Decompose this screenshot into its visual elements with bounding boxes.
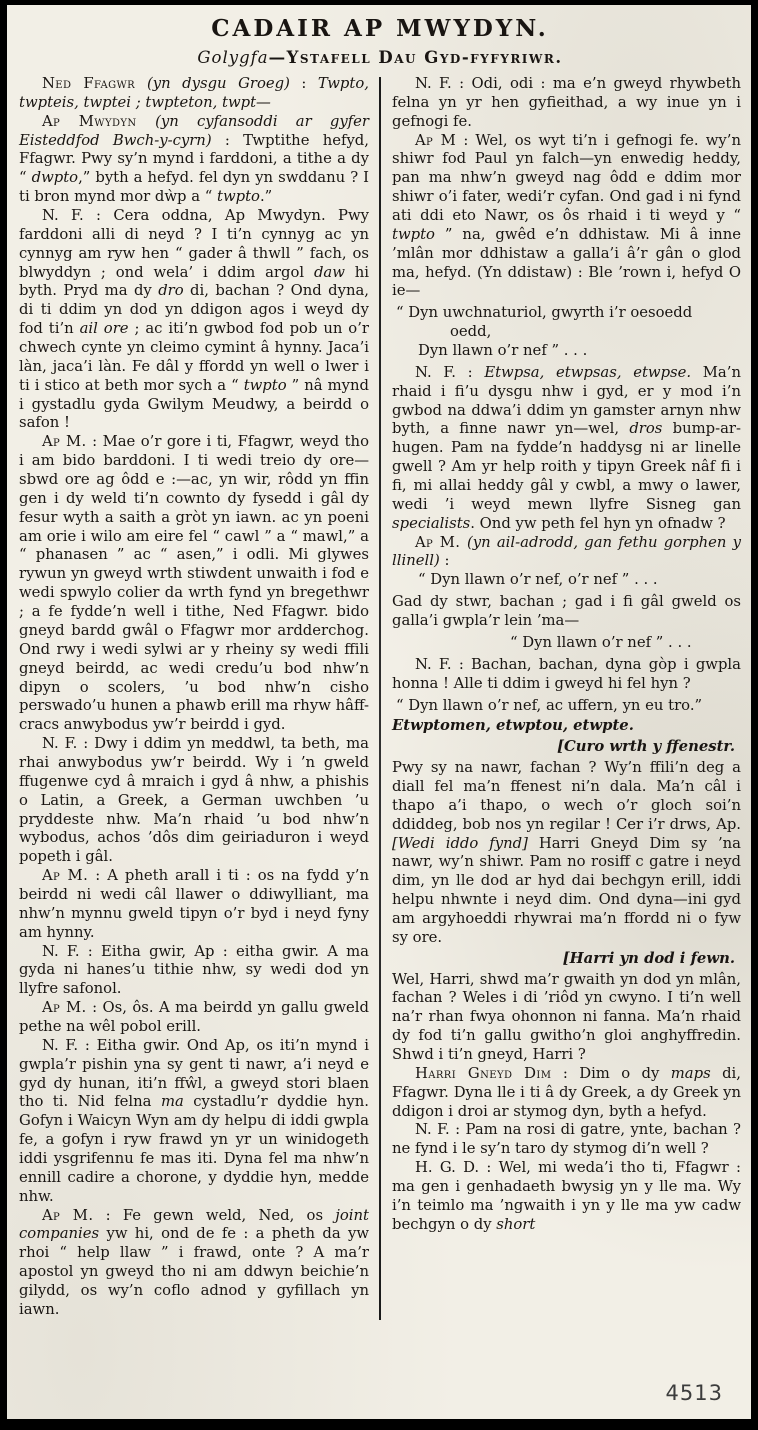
paragraph: Dyn llawn o’r nef ” . . . <box>418 342 741 361</box>
text-segment: N. F. : Dwy i ddim yn meddwl, ta beth, m… <box>19 735 369 865</box>
masthead: CADAIR AP MWYDYN. Golygfa—Ystafell Dau G… <box>19 15 741 67</box>
left-column: Ned Ffagwr (yn dysgu Groeg) : Twpto, twp… <box>19 75 379 1320</box>
text-segment: (yn dysgu Groeg) <box>147 75 290 92</box>
text-segment: H. G. D. : Wel, mi weda’i tho ti, Ffagwr… <box>392 1159 741 1233</box>
text-segment: Ap M. <box>415 534 467 551</box>
text-segment: : Dim o dy <box>551 1065 670 1082</box>
text-segment: Etwpsa, etwpsas, etwpse. <box>484 364 691 381</box>
paragraph: N. F. : Odi, odi : ma e’n gweyd rhywbeth… <box>392 75 741 132</box>
paper: CADAIR AP MWYDYN. Golygfa—Ystafell Dau G… <box>7 5 751 1419</box>
text-segment: “ Dyn llawn o’r nef, o’r nef ” . . . <box>418 571 658 588</box>
paragraph: Ned Ffagwr (yn dysgu Groeg) : Twpto, twp… <box>19 75 369 113</box>
paragraph: Pwy sy na nawr, fachan ? Wy’n ffili’n de… <box>392 759 741 948</box>
paragraph: Ap M. : Fe gewn weld, Ned, os joint comp… <box>19 1207 369 1320</box>
paragraph: “ Dyn llawn o’r nef, ac uffern, yn eu tr… <box>396 697 741 716</box>
page-title: CADAIR AP MWYDYN. <box>19 15 741 42</box>
text-segment: dros <box>629 420 662 437</box>
text-segment: Gad dy stwr, bachan ; gad i fi gâl gweld… <box>392 593 741 629</box>
paragraph: Ap M : Wel, os wyt ti’n i gefnogi fe. wy… <box>392 132 741 302</box>
text-segment: Wel, Harri, shwd ma’r gwaith yn dod yn m… <box>392 971 741 1063</box>
text-segment: short <box>496 1216 535 1233</box>
text-segment: [Curo wrth y ffenestr. <box>557 738 735 755</box>
paragraph: N. F. : Eitha gwir, Ap : eitha gwir. A m… <box>19 943 369 1000</box>
paragraph: “ Dyn llawn o’r nef ” . . . <box>510 634 741 653</box>
text-segment: Harri Gneyd Dim <box>415 1065 551 1082</box>
text-segment: dro <box>158 282 183 299</box>
paragraph: Wel, Harri, shwd ma’r gwaith yn dod yn m… <box>392 971 741 1065</box>
text-segment: twpto <box>244 377 287 394</box>
paragraph: N. F. : Bachan, bachan, dyna gòp i gwpla… <box>392 656 741 694</box>
text-segment: N. F. : Pam na rosi di gatre, ynte, bach… <box>392 1121 741 1157</box>
text-segment: Ned Ffagwr <box>42 75 147 92</box>
text-segment: oedd, <box>450 323 491 340</box>
paragraph: Ap Mwydyn (yn cyfansoddi ar gyfer Eisted… <box>19 113 369 207</box>
text-segment: Etwptomen, etwptou, etwpte. <box>392 717 634 734</box>
text-segment: [Harri yn dod i fewn. <box>563 950 735 967</box>
text-segment: ail ore <box>80 320 129 337</box>
page-subtitle: Golygfa—Ystafell Dau Gyd-fyfyriwr. <box>19 48 741 67</box>
text-segment: Ap M. <box>42 433 87 450</box>
text-segment: N. F. : Odi, odi : ma e’n gweyd rhywbeth… <box>392 75 741 130</box>
paragraph: N. F. : Pam na rosi di gatre, ynte, bach… <box>392 1121 741 1159</box>
text-segment: .” <box>260 188 272 205</box>
text-segment: . Ond yw peth fel hyn yn ofnadw ? <box>470 515 725 532</box>
text-segment: maps <box>671 1065 711 1082</box>
text-segment: Ap Mwydyn <box>42 113 155 130</box>
subtitle-scene-word: Golygfa <box>197 48 268 67</box>
text-segment: : <box>440 552 450 569</box>
paragraph: [Harri yn dod i fewn. <box>392 950 735 969</box>
paragraph: Gad dy stwr, bachan ; gad i fi gâl gweld… <box>392 593 741 631</box>
text-segment: daw <box>314 264 345 281</box>
paragraph: N. F. : Eitha gwir. Ond Ap, os iti’n myn… <box>19 1037 369 1207</box>
text-segment: “ Dyn llawn o’r nef ” . . . <box>510 634 692 651</box>
text-segment: dwpto <box>32 169 78 186</box>
text-segment: ma <box>161 1093 184 1110</box>
scanned-page: CADAIR AP MWYDYN. Golygfa—Ystafell Dau G… <box>0 0 758 1430</box>
text-segment: [Wedi iddo fynd] <box>392 835 528 852</box>
text-segment: : <box>290 75 318 92</box>
columns: Ned Ffagwr (yn dysgu Groeg) : Twpto, twp… <box>19 75 741 1320</box>
paragraph: Ap M. : A pheth arall i ti : os na fydd … <box>19 867 369 942</box>
text-segment: Dyn llawn o’r nef ” . . . <box>418 342 587 359</box>
text-segment: Ap M. <box>42 999 87 1016</box>
text-segment: N. F. : <box>415 364 484 381</box>
text-segment: Ap M <box>415 132 456 149</box>
text-segment: “ Dyn uwchnaturiol, gwyrth i’r oesoedd <box>396 304 692 321</box>
text-segment: : Mae o’r gore i ti, Ffagwr, weyd tho i … <box>19 433 369 733</box>
text-segment: : Fe gewn weld, Ned, os <box>93 1207 335 1224</box>
subtitle-scene-name: —Ystafell Dau Gyd-fyfyriwr. <box>269 48 563 67</box>
text-segment: ” na, gwêd e’n ddhistaw. Mi â inne ’mlân… <box>392 226 741 300</box>
paragraph: N. F. : Dwy i ddim yn meddwl, ta beth, m… <box>19 735 369 867</box>
text-segment: Ap M. <box>42 1207 93 1224</box>
paragraph: oedd, <box>450 323 741 342</box>
paragraph: “ Dyn llawn o’r nef, o’r nef ” . . . <box>418 571 741 590</box>
text-segment: specialists <box>392 515 470 532</box>
paragraph: N. F. : Etwpsa, etwpsas, etwpse. Ma’n rh… <box>392 364 741 534</box>
paragraph: N. F. : Cera oddna, Ap Mwydyn. Pwy fardd… <box>19 207 369 433</box>
text-segment: “ Dyn llawn o’r nef, ac uffern, yn eu tr… <box>396 697 702 714</box>
right-column: N. F. : Odi, odi : ma e’n gweyd rhywbeth… <box>381 75 741 1320</box>
paragraph: [Curo wrth y ffenestr. <box>392 738 735 757</box>
paragraph: Ap M. (yn ail-adrodd, gan fethu gorphen … <box>392 534 741 572</box>
paragraph: Harri Gneyd Dim : Dim o dy maps di, Ffag… <box>392 1065 741 1122</box>
text-segment: twpto <box>392 226 435 243</box>
paragraph: H. G. D. : Wel, mi weda’i tho ti, Ffagwr… <box>392 1159 741 1234</box>
paragraph: “ Dyn uwchnaturiol, gwyrth i’r oesoedd <box>396 304 741 323</box>
paragraph: Ap M. : Os, ôs. A ma beirdd yn gallu gwe… <box>19 999 369 1037</box>
text-segment: N. F. : Eitha gwir, Ap : eitha gwir. A m… <box>19 943 369 998</box>
paragraph: Ap M. : Mae o’r gore i ti, Ffagwr, weyd … <box>19 433 369 735</box>
text-segment: twpto <box>217 188 260 205</box>
text-segment: Pwy sy na nawr, fachan ? Wy’n ffili’n de… <box>392 759 741 833</box>
text-segment: Ap M. <box>42 867 88 884</box>
paragraph: Etwptomen, etwptou, etwpte. <box>392 717 741 736</box>
stamp-number: 4513 <box>666 1381 723 1405</box>
text-segment: N. F. : Bachan, bachan, dyna gòp i gwpla… <box>392 656 741 692</box>
